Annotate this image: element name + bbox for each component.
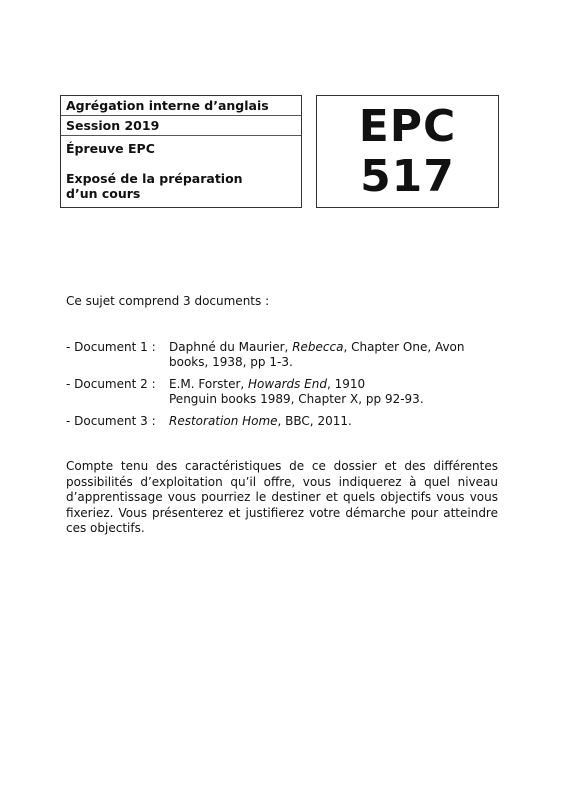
subject-code-box: EPC 517 [316, 95, 499, 208]
epreuve-subtitle-2: d’un cours [66, 186, 296, 201]
epreuve-block: Épreuve EPC Exposé de la préparation d’u… [61, 136, 301, 203]
subject-code-number: 517 [317, 152, 498, 202]
document-list: - Document 1 : Daphné du Maurier, Rebecc… [66, 340, 498, 436]
subject-code-prefix: EPC [317, 102, 498, 152]
document-title: Howards End [248, 377, 327, 391]
instructions-paragraph: Compte tenu des caractéristiques de ce d… [66, 459, 498, 537]
document-label: - Document 2 : [66, 377, 169, 407]
document-description: E.M. Forster, Howards End, 1910Penguin b… [169, 377, 498, 407]
document-item: - Document 2 : E.M. Forster, Howards End… [66, 377, 498, 407]
intro-text: Ce sujet comprend 3 documents : [66, 294, 269, 308]
exam-name: Agrégation interne d’anglais [61, 96, 301, 116]
document-title: Restoration Home [169, 414, 278, 428]
epreuve-subtitle-1: Exposé de la préparation [66, 171, 296, 186]
document-item: - Document 1 : Daphné du Maurier, Rebecc… [66, 340, 498, 370]
document-title: Rebecca [292, 340, 343, 354]
document-description: Daphné du Maurier, Rebecca, Chapter One,… [169, 340, 498, 370]
document-label: - Document 1 : [66, 340, 169, 370]
session-year: Session 2019 [61, 116, 301, 136]
exam-info-box: Agrégation interne d’anglais Session 201… [60, 95, 302, 208]
document-label: - Document 3 : [66, 414, 169, 429]
document-description: Restoration Home, BBC, 2011. [169, 414, 498, 429]
epreuve-name: Épreuve EPC [66, 141, 296, 156]
document-item: - Document 3 : Restoration Home, BBC, 20… [66, 414, 498, 429]
